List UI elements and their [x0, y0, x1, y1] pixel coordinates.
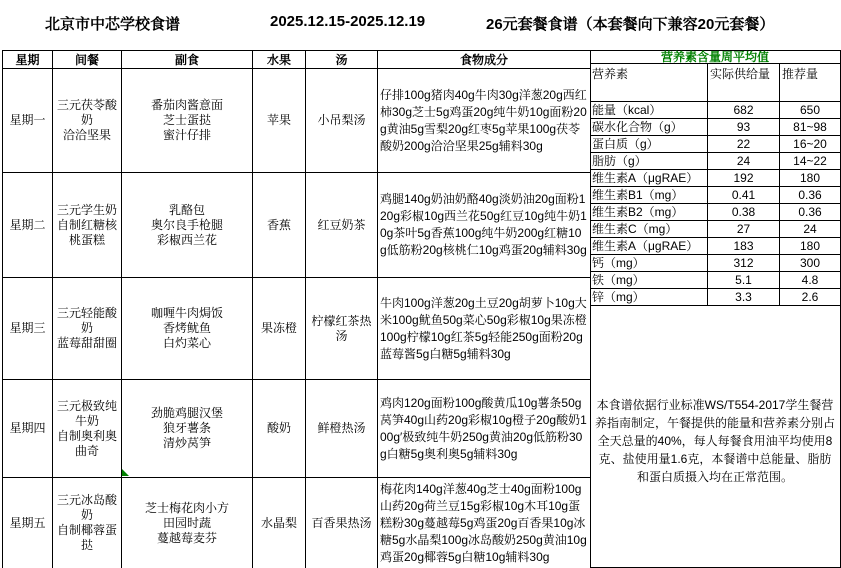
- nutrient-recommended: 300: [780, 255, 840, 272]
- cell-comment-triangle-icon: [122, 469, 129, 476]
- nutrient-actual: 93: [708, 119, 780, 136]
- nutrient-name: 维生素A（μgRAE）: [590, 170, 708, 187]
- soup-cell: 柠檬红茶热汤: [306, 278, 378, 380]
- side-cell: 芝士梅花肉小方 田园时蔬 蔓越莓麦芬: [122, 478, 253, 568]
- nutrient-name: 铁（mg）: [590, 272, 708, 289]
- nutrient-recommended: 0.36: [780, 187, 840, 204]
- col-header-day: 星期: [3, 51, 53, 69]
- day-cell: 星期三: [3, 278, 53, 380]
- col-header-snack: 间餐: [53, 51, 122, 69]
- nutrient-name: 碳水化合物（g）: [590, 119, 708, 136]
- snack-cell: 三元冰岛酸奶 自制椰蓉蛋挞: [53, 478, 122, 568]
- nutrient-actual: 682: [708, 102, 780, 119]
- nutrient-recommended: 24: [780, 221, 840, 238]
- nutrition-panel-title: 营养素含量周平均值: [590, 51, 840, 64]
- composition-cell: 梅花肉140g洋葱40g芝士40g面粉100g山药20g荷兰豆15g彩椒10g木…: [378, 478, 591, 568]
- date-range: 2025.12.15-2025.12.19: [270, 13, 425, 30]
- nutrition-col-actual: 实际供给量: [708, 64, 780, 102]
- col-header-fruit: 水果: [253, 51, 306, 69]
- day-cell: 星期四: [3, 380, 53, 478]
- snack-cell: 三元学生奶 自制红糖核桃蛋糕: [53, 173, 122, 278]
- snack-cell: 三元极致纯牛奶 自制奥利奥曲奇: [53, 380, 122, 478]
- nutrient-actual: 24: [708, 153, 780, 170]
- nutrient-actual: 3.3: [708, 289, 780, 306]
- nutrient-recommended: 650: [780, 102, 840, 119]
- nutrient-actual: 312: [708, 255, 780, 272]
- nutrient-recommended: 180: [780, 238, 840, 255]
- fruit-cell: 香蕉: [253, 173, 306, 278]
- nutrition-col-nutrient: 营养素: [590, 64, 708, 102]
- nutrient-recommended: 16~20: [780, 136, 840, 153]
- soup-cell: 鲜橙热汤: [306, 380, 378, 478]
- package-title: 26元套餐食谱（本套餐向下兼容20元套餐）: [486, 13, 774, 34]
- nutrient-recommended: 0.36: [780, 204, 840, 221]
- nutrient-name: 维生素A（μgRAE）: [590, 238, 708, 255]
- col-header-soup: 汤: [306, 51, 378, 69]
- nutrient-name: 脂肪（g）: [590, 153, 708, 170]
- nutrient-name: 锌（mg）: [590, 289, 708, 306]
- composition-cell: 仔排100g猪肉40g牛肉30g洋葱20g西红柿30g芝士5g鸡蛋20g纯牛奶1…: [378, 69, 591, 173]
- nutrient-name: 钙（mg）: [590, 255, 708, 272]
- nutrient-actual: 192: [708, 170, 780, 187]
- menu-document: 北京市中芯学校食谱 2025.12.15-2025.12.19 26元套餐食谱（…: [0, 0, 841, 568]
- fruit-cell: 果冻橙: [253, 278, 306, 380]
- day-cell: 星期五: [3, 478, 53, 568]
- nutrient-name: 能量（kcal）: [590, 102, 708, 119]
- side-cell: 劲脆鸡腿汉堡 狼牙薯条 清炒莴笋: [122, 380, 253, 478]
- nutrient-name: 维生素B1（mg）: [590, 187, 708, 204]
- nutrition-panel: 营养素含量周平均值 营养素 实际供给量 推荐量 能量（kcal） 682 650…: [590, 50, 841, 568]
- side-cell: 咖喱牛肉焗饭 香烤鱿鱼 白灼菜心: [122, 278, 253, 380]
- composition-cell: 鸡肉120g面粉100g酸黄瓜10g薯条50g莴笋40g山药20g彩椒10g橙子…: [378, 380, 591, 478]
- nutrient-recommended: 2.6: [780, 289, 840, 306]
- nutrition-header-row: 营养素 实际供给量 推荐量: [590, 64, 840, 102]
- day-cell: 星期一: [3, 69, 53, 173]
- nutrient-actual: 5.1: [708, 272, 780, 289]
- nutrient-recommended: 81~98: [780, 119, 840, 136]
- nutrient-recommended: 4.8: [780, 272, 840, 289]
- nutrient-actual: 22: [708, 136, 780, 153]
- nutrient-actual: 27: [708, 221, 780, 238]
- composition-cell: 鸡腿140g奶油奶酪40g淡奶油20g面粉120g彩椒10g西兰花50g红豆10…: [378, 173, 591, 278]
- nutrient-recommended: 180: [780, 170, 840, 187]
- snack-cell: 三元轻能酸奶 蓝莓甜甜圈: [53, 278, 122, 380]
- school-title: 北京市中芯学校食谱: [45, 13, 180, 34]
- nutrient-recommended: 14~22: [780, 153, 840, 170]
- nutrient-actual: 0.38: [708, 204, 780, 221]
- nutrient-actual: 183: [708, 238, 780, 255]
- nutrient-name: 蛋白质（g）: [590, 136, 708, 153]
- side-cell: 番茄肉酱意面 芝士蛋挞 蜜汁仔排: [122, 69, 253, 173]
- nutrient-actual: 0.41: [708, 187, 780, 204]
- soup-cell: 红豆奶茶: [306, 173, 378, 278]
- nutrient-name: 维生素C（mg）: [590, 221, 708, 238]
- composition-cell: 牛肉100g洋葱20g土豆20g胡萝卜10g大米100g鱿鱼50g菜心50g彩椒…: [378, 278, 591, 380]
- soup-cell: 小吊梨汤: [306, 69, 378, 173]
- fruit-cell: 酸奶: [253, 380, 306, 478]
- standards-note: 本食谱依据行业标准WS/T554-2017学生餐营养指南制定，午餐提供的能量和营…: [590, 306, 840, 568]
- soup-cell: 百香果热汤: [306, 478, 378, 568]
- menu-table: 星期 间餐 副食 水果 汤 食物成分 星期一 三元茯苓酸奶 洽洽坚果 番茄肉酱意…: [2, 50, 591, 568]
- col-header-side: 副食: [122, 51, 253, 69]
- nutrition-col-recommended: 推荐量: [780, 64, 840, 102]
- fruit-cell: 苹果: [253, 69, 306, 173]
- day-cell: 星期二: [3, 173, 53, 278]
- nutrition-table: 能量（kcal） 682 650 碳水化合物（g） 93 81~98 蛋白质（g…: [590, 102, 840, 306]
- col-header-composition: 食物成分: [378, 51, 591, 69]
- snack-cell: 三元茯苓酸奶 洽洽坚果: [53, 69, 122, 173]
- nutrient-name: 维生素B2（mg）: [590, 204, 708, 221]
- fruit-cell: 水晶梨: [253, 478, 306, 568]
- side-cell: 乳酪包 奥尔良手枪腿 彩椒西兰花: [122, 173, 253, 278]
